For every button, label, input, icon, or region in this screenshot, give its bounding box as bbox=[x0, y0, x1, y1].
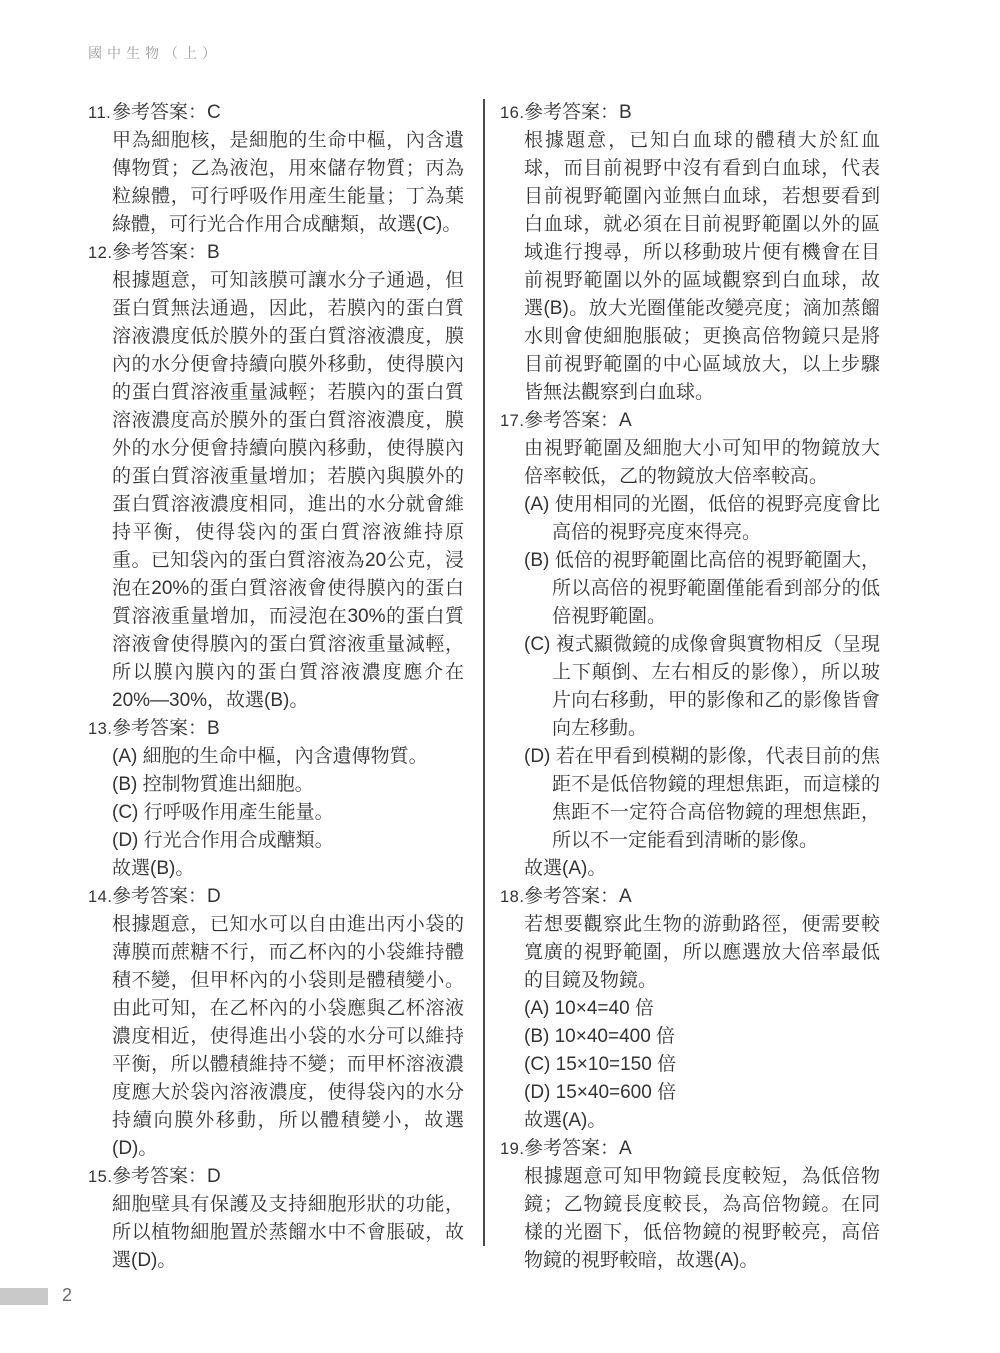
item-number: 16. bbox=[500, 99, 524, 127]
option-c: (C) 行呼吸作用產生能量。 bbox=[112, 799, 464, 827]
page-margin-bar bbox=[0, 1288, 48, 1305]
answer-label: 參考答案：D bbox=[112, 1163, 464, 1191]
answer-item-14: 14. 參考答案：D 根據題意，已知水可以自由進出丙小袋的薄膜而蔗糖不行，而乙杯… bbox=[88, 883, 464, 1163]
option-d: (D) 15×40=600 倍 bbox=[524, 1079, 880, 1107]
item-number: 13. bbox=[88, 715, 112, 743]
option-d: (D) 行光合作用合成醣類。 bbox=[112, 827, 464, 855]
closing-line: 故選(A)。 bbox=[524, 1107, 880, 1135]
answer-item-18: 18. 參考答案：A 若想要觀察此生物的游動路徑，便需要較寬廣的視野範圍，所以應… bbox=[500, 883, 880, 1135]
answer-item-17: 17. 參考答案：A 由視野範圍及細胞大小可知甲的物鏡放大倍率較低，乙的物鏡放大… bbox=[500, 407, 880, 883]
left-column: 11. 參考答案：C 甲為細胞核，是細胞的生命中樞，內含遺傳物質；乙為液泡，用來… bbox=[88, 99, 464, 1275]
option-b: (B) 低倍的視野範圍比高倍的視野範圍大，所以高倍的視野範圍僅能看到部分的低倍視… bbox=[524, 547, 880, 631]
option-c: (C) 複式顯微鏡的成像會與實物相反（呈現上下顛倒、左右相反的影像），所以玻片向… bbox=[524, 631, 880, 743]
explanation-paragraph: 根據題意，已知水可以自由進出丙小袋的薄膜而蔗糖不行，而乙杯內的小袋維持體積不變，… bbox=[112, 911, 464, 1163]
answer-item-12: 12. 參考答案：B 根據題意，可知該膜可讓水分子通過，但蛋白質無法通過，因此，… bbox=[88, 239, 464, 715]
answer-item-13: 13. 參考答案：B (A) 細胞的生命中樞，內含遺傳物質。 (B) 控制物質進… bbox=[88, 715, 464, 883]
item-number: 12. bbox=[88, 239, 112, 267]
answer-label: 參考答案：B bbox=[112, 239, 464, 267]
answer-label: 參考答案：D bbox=[112, 883, 464, 911]
option-d: (D) 若在甲看到模糊的影像，代表目前的焦距不是低倍物鏡的理想焦距，而這樣的焦距… bbox=[524, 743, 880, 855]
closing-line: 故選(A)。 bbox=[524, 855, 880, 883]
page-content: 11. 參考答案：C 甲為細胞核，是細胞的生命中樞，內含遺傳物質；乙為液泡，用來… bbox=[88, 99, 880, 1275]
explanation-paragraph: 甲為細胞核，是細胞的生命中樞，內含遺傳物質；乙為液泡，用來儲存物質；丙為粒線體，… bbox=[112, 127, 464, 239]
item-number: 18. bbox=[500, 883, 524, 911]
explanation-paragraph: 若想要觀察此生物的游動路徑，便需要較寬廣的視野範圍，所以應選放大倍率最低的目鏡及… bbox=[524, 911, 880, 995]
item-number: 15. bbox=[88, 1163, 112, 1191]
option-a: (A) 細胞的生命中樞，內含遺傳物質。 bbox=[112, 743, 464, 771]
right-column: 16. 參考答案：B 根據題意，已知白血球的體積大於紅血球，而目前視野中沒有看到… bbox=[500, 99, 880, 1275]
answer-item-15: 15. 參考答案：D 細胞壁具有保護及支持細胞形狀的功能，所以植物細胞置於蒸餾水… bbox=[88, 1163, 464, 1275]
item-number: 14. bbox=[88, 883, 112, 911]
answer-item-19: 19. 參考答案：A 根據題意可知甲物鏡長度較短，為低倍物鏡；乙物鏡長度較長，為… bbox=[500, 1135, 880, 1275]
explanation-paragraph: 細胞壁具有保護及支持細胞形狀的功能，所以植物細胞置於蒸餾水中不會脹破，故選(D)… bbox=[112, 1191, 464, 1275]
page-number: 2 bbox=[62, 1285, 72, 1306]
column-divider bbox=[483, 99, 485, 1246]
book-title: 國中生物（上） bbox=[88, 43, 221, 63]
closing-line: 故選(B)。 bbox=[112, 855, 464, 883]
item-number: 11. bbox=[88, 99, 111, 127]
option-b: (B) 控制物質進出細胞。 bbox=[112, 771, 464, 799]
answer-label: 參考答案：A bbox=[524, 883, 880, 911]
option-c: (C) 15×10=150 倍 bbox=[524, 1051, 880, 1079]
answer-label: 參考答案：B bbox=[112, 715, 464, 743]
answer-label: 參考答案：A bbox=[524, 1135, 880, 1163]
answer-label: 參考答案：C bbox=[112, 99, 464, 127]
answer-item-11: 11. 參考答案：C 甲為細胞核，是細胞的生命中樞，內含遺傳物質；乙為液泡，用來… bbox=[88, 99, 464, 239]
item-number: 19. bbox=[500, 1135, 524, 1163]
explanation-paragraph: 根據題意可知甲物鏡長度較短，為低倍物鏡；乙物鏡長度較長，為高倍物鏡。在同樣的光圈… bbox=[524, 1163, 880, 1275]
answer-item-16: 16. 參考答案：B 根據題意，已知白血球的體積大於紅血球，而目前視野中沒有看到… bbox=[500, 99, 880, 407]
explanation-paragraph: 根據題意，可知該膜可讓水分子通過，但蛋白質無法通過，因此，若膜內的蛋白質溶液濃度… bbox=[112, 267, 464, 715]
answer-label: 參考答案：A bbox=[524, 407, 880, 435]
option-b: (B) 10×40=400 倍 bbox=[524, 1023, 880, 1051]
explanation-paragraph: 根據題意，已知白血球的體積大於紅血球，而目前視野中沒有看到白血球，代表目前視野範… bbox=[524, 127, 880, 407]
option-a: (A) 10×4=40 倍 bbox=[524, 995, 880, 1023]
item-number: 17. bbox=[500, 407, 524, 435]
answer-label: 參考答案：B bbox=[524, 99, 880, 127]
explanation-paragraph: 由視野範圍及細胞大小可知甲的物鏡放大倍率較低，乙的物鏡放大倍率較高。 bbox=[524, 435, 880, 491]
option-a: (A) 使用相同的光圈，低倍的視野亮度會比高倍的視野亮度來得亮。 bbox=[524, 491, 880, 547]
